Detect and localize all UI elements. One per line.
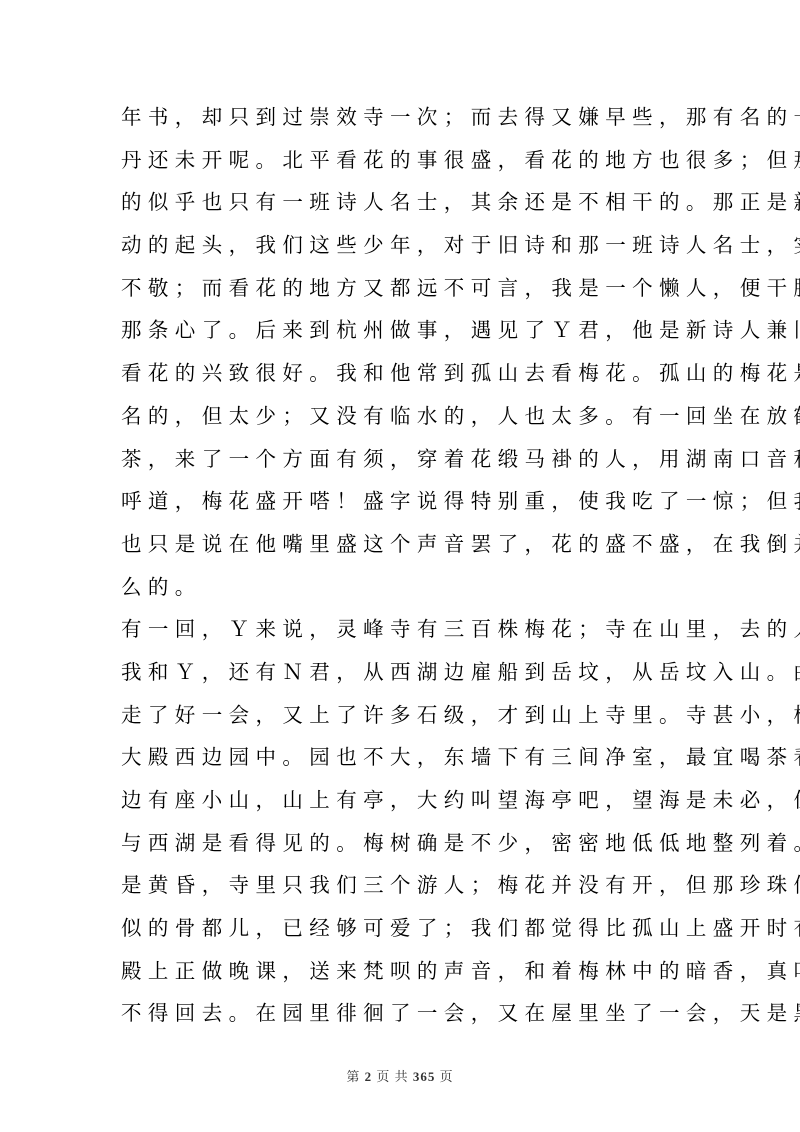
- text-line: 名的，但太少；又没有临水的，人也太多。有一回坐在放鹤亭上喝: [121, 395, 681, 438]
- text-line: 大殿西边园中。园也不大，东墙下有三间净室，最宜喝茶看花；北: [121, 736, 681, 779]
- text-line: 似的骨都儿，已经够可爱了；我们都觉得比孤山上盛开时有味。大: [121, 907, 681, 950]
- footer-middle: 页 共: [376, 1069, 408, 1084]
- page-footer: 第 2 页 共 365 页: [0, 1066, 800, 1085]
- text-line: 也只是说在他嘴里盛这个声音罢了，花的盛不盛，在我倒并没有什: [121, 523, 681, 566]
- footer-suffix: 页: [440, 1069, 454, 1084]
- text-line: 殿上正做晚课，送来梵呗的声音，和着梅林中的暗香，真叫我们舍: [121, 950, 681, 993]
- text-line: 我和Ｙ，还有Ｎ君，从西湖边雇船到岳坟，从岳坟入山。曲曲折折: [121, 651, 681, 694]
- text-line: 不敬；而看花的地方又都远不可言，我是一个懒人，便干脆地断了: [121, 267, 681, 310]
- text-line: 呼道，梅花盛开嗒！盛字说得特别重，使我吃了一惊；但我吃惊的: [121, 480, 681, 523]
- total-pages-number: 365: [413, 1069, 436, 1084]
- text-line: 与西湖是看得见的。梅树确是不少，密密地低低地整列着。那时已: [121, 822, 681, 865]
- footer-prefix: 第: [346, 1069, 360, 1084]
- current-page-number: 2: [365, 1069, 373, 1084]
- document-page: 年书，却只到过崇效寺一次；而去得又嫌早些，那有名的一株绿牡 丹还未开呢。北平看花…: [0, 0, 800, 1132]
- text-line: 年书，却只到过崇效寺一次；而去得又嫌早些，那有名的一株绿牡: [121, 96, 681, 139]
- body-text: 年书，却只到过崇效寺一次；而去得又嫌早些，那有名的一株绿牡 丹还未开呢。北平看花…: [121, 96, 681, 1035]
- text-line: 有一回，Ｙ来说，灵峰寺有三百株梅花；寺在山里，去的人也少。: [121, 608, 681, 651]
- text-line: 边有座小山，山上有亭，大约叫望海亭吧，望海是未必，但钱塘江: [121, 779, 681, 822]
- text-line: 动的起头，我们这些少年，对于旧诗和那一班诗人名士，实在有些: [121, 224, 681, 267]
- text-line: 茶，来了一个方面有须，穿着花缎马褂的人，用湖南口音和人打招: [121, 438, 681, 481]
- text-line: 是黄昏，寺里只我们三个游人；梅花并没有开，但那珍珠似的繁星: [121, 864, 681, 907]
- text-line: 不得回去。在园里徘徊了一会，又在屋里坐了一会，天是黑定了，: [121, 992, 681, 1035]
- text-line: 的似乎也只有一班诗人名士，其余还是不相干的。那正是新文学运: [121, 181, 681, 224]
- text-line: 走了好一会，又上了许多石级，才到山上寺里。寺甚小，梅花便在: [121, 694, 681, 737]
- text-line: 丹还未开呢。北平看花的事很盛，看花的地方也很多；但那时热闹: [121, 139, 681, 182]
- text-line: 么的。: [121, 566, 681, 609]
- text-line: 看花的兴致很好。我和他常到孤山去看梅花。孤山的梅花是古今有: [121, 352, 681, 395]
- text-line: 那条心了。后来到杭州做事，遇见了Ｙ君，他是新诗人兼旧诗人，: [121, 309, 681, 352]
